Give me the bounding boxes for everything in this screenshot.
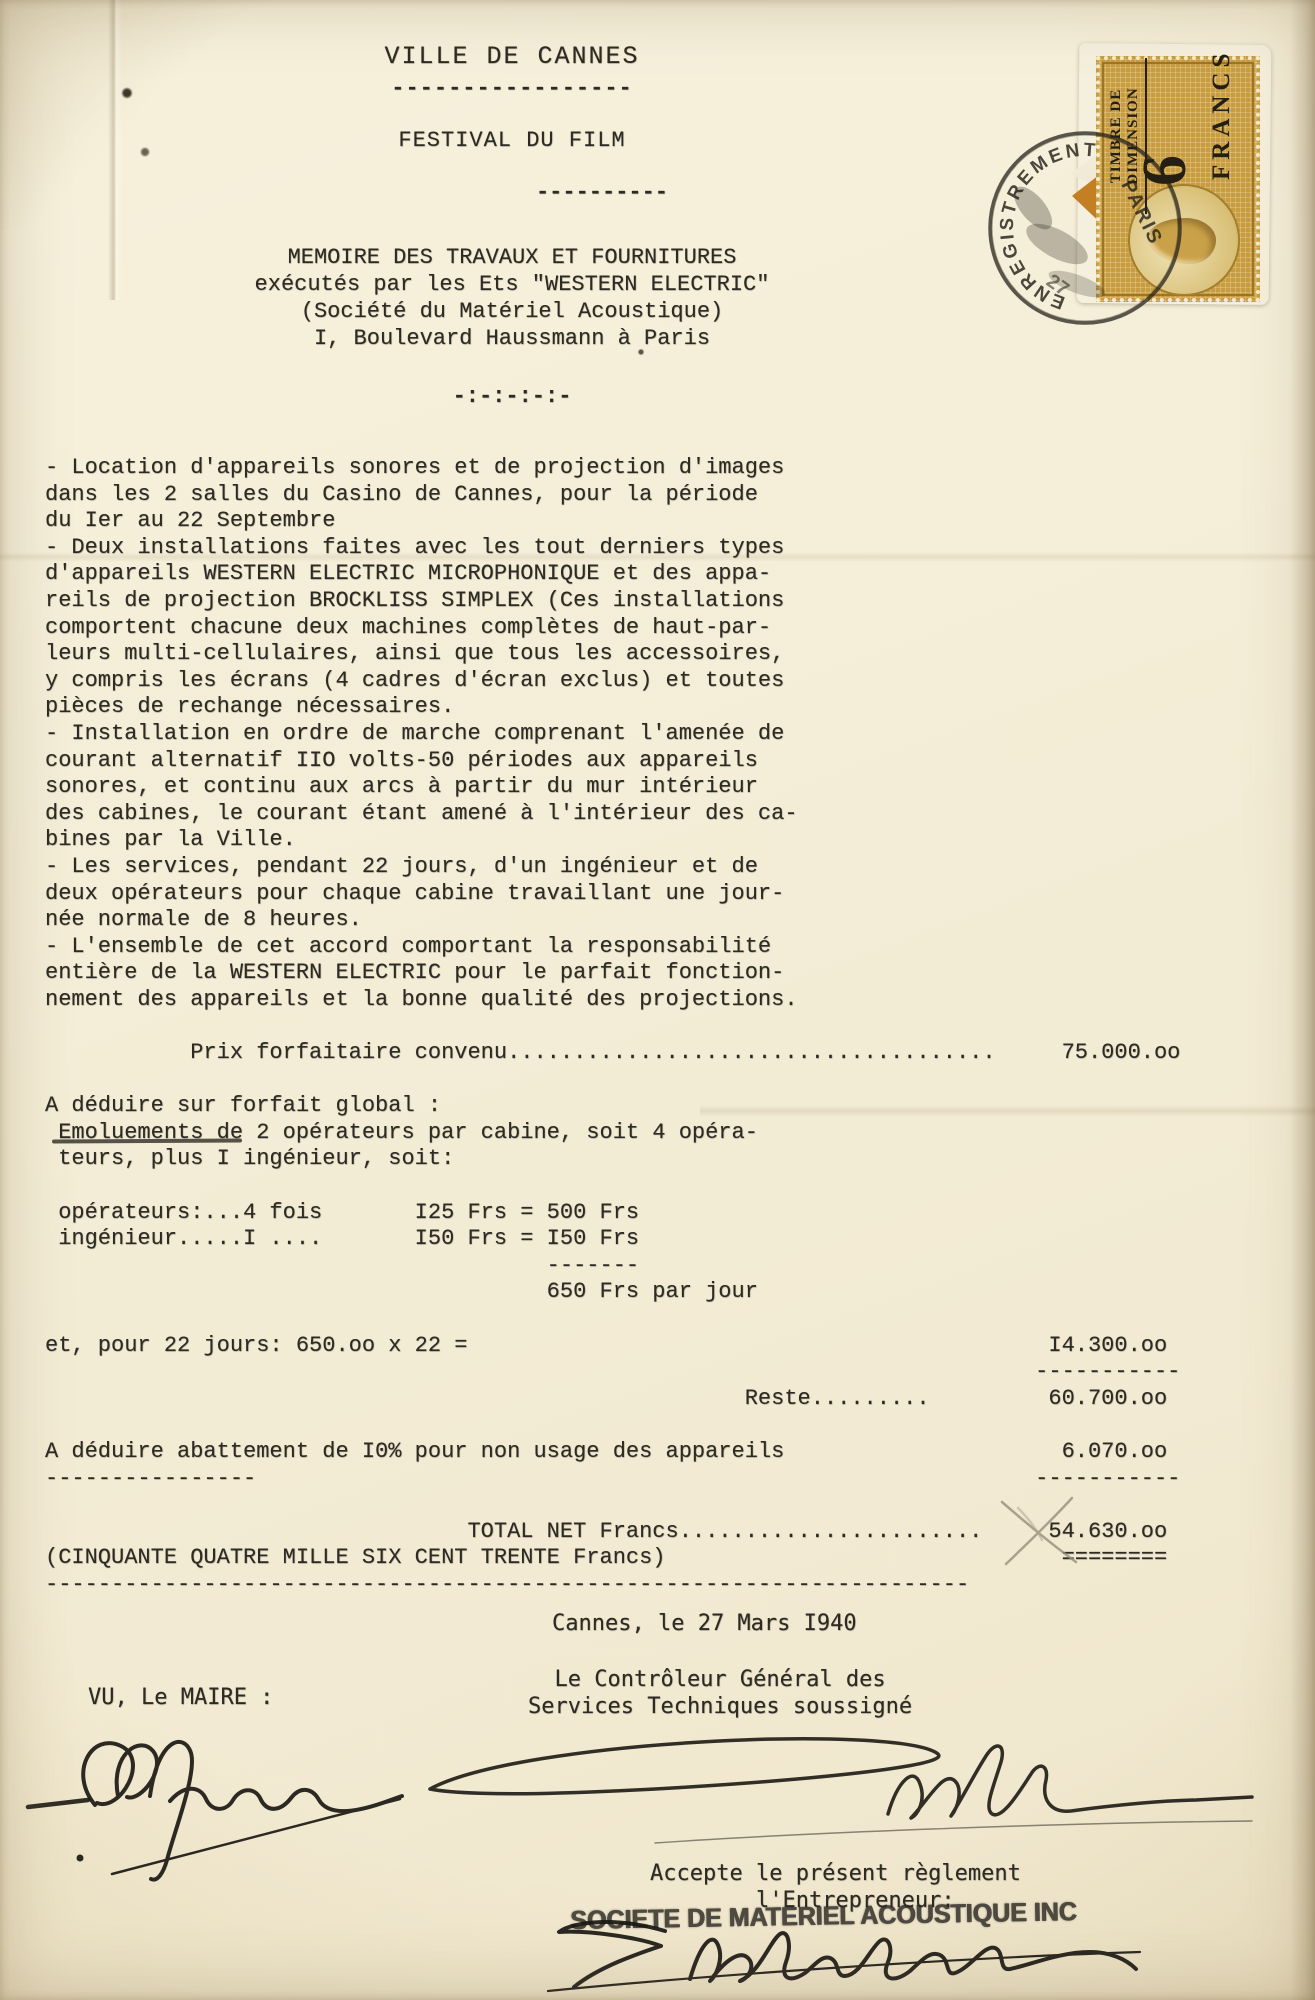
page-right-edge-shade: [1290, 0, 1315, 2000]
typed-separator: -:-:-:-:-: [0, 384, 1024, 409]
controller-title-lines: Le Contrôleur Général des Services Techn…: [528, 1666, 912, 1720]
dashed-rule-under-city: -----------------: [0, 76, 1024, 101]
stamp-currency: FRANCS: [1208, 49, 1236, 180]
stamp-type-line1: TIMBRE DE: [1108, 58, 1125, 214]
dashed-rule-under-event: ----------: [0, 180, 1114, 205]
revenue-stamp: TIMBRE DE DIMENSION 6 FRANCS: [1096, 56, 1260, 302]
place-date-line: Cannes, le 27 Mars I940: [552, 1610, 857, 1637]
typed-body-text: - Location d'appareils sonores et de pro…: [45, 455, 1180, 1599]
stamp-value: 6: [1134, 155, 1196, 186]
marianne-head-icon: [1148, 218, 1216, 264]
document-event-title: FESTIVAL DU FILM: [0, 128, 1024, 153]
stamp-type-line2: DIMENSION: [1125, 58, 1142, 214]
postmark-date-fragment: 27: [1042, 270, 1073, 301]
document-city-title: VILLE DE CANNES: [0, 42, 1024, 71]
mayor-label: VU, Le MAIRE :: [88, 1684, 273, 1711]
mayor-signature: [77, 1742, 403, 1880]
stamp-type-label: TIMBRE DE DIMENSION: [1108, 58, 1147, 214]
controller-signature: [28, 1739, 1252, 1843]
scanned-document-page: VILLE DE CANNES ----------------- FESTIV…: [0, 0, 1315, 2000]
memo-title-block: MEMOIRE DES TRAVAUX ET FOURNITURES exécu…: [0, 244, 1024, 352]
revenue-stamp-face: TIMBRE DE DIMENSION 6 FRANCS: [1096, 56, 1260, 302]
